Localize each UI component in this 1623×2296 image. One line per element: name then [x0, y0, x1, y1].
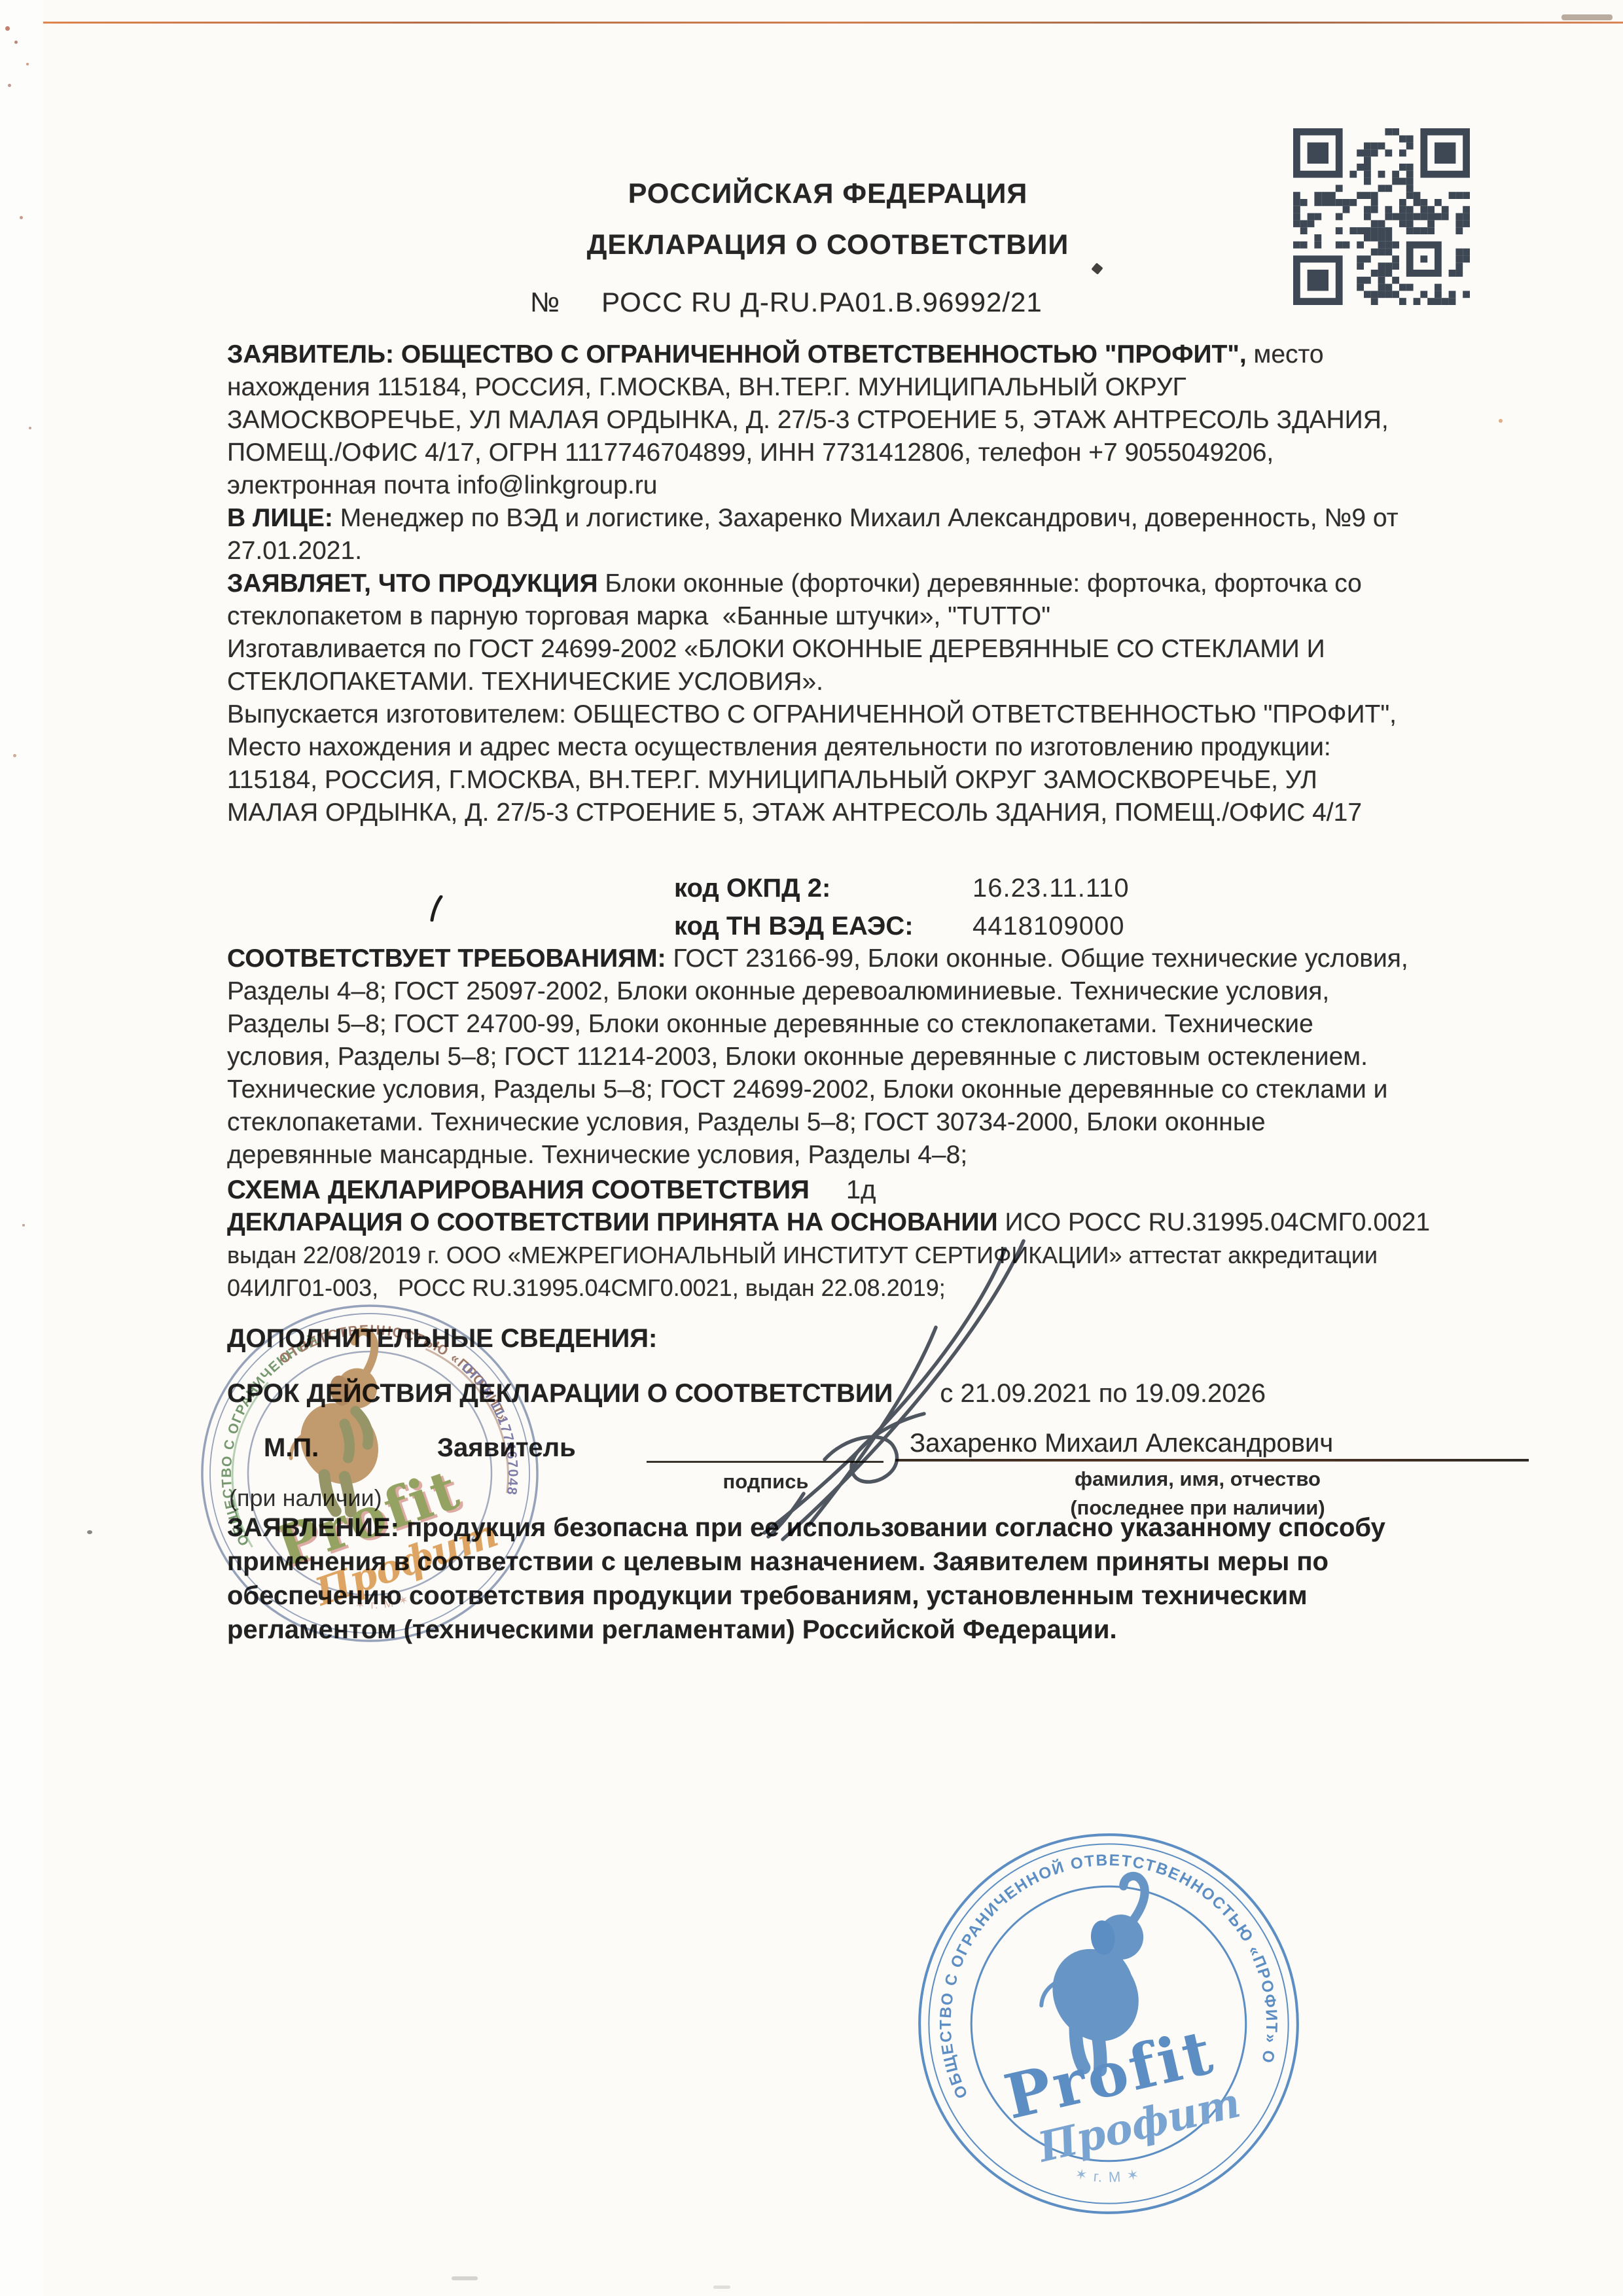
text-line: условия, Разделы 5–8; ГОСТ 11214-2003, Б… [227, 1041, 1526, 1073]
scan-speckle [29, 427, 31, 429]
scan-speckle [87, 1530, 92, 1534]
scan-speckle [452, 2276, 478, 2280]
text-line: нахождения 115184, РОССИЯ, Г.МОСКВА, ВН.… [227, 371, 1526, 404]
text-line: СТЕКЛОПАКЕТАМИ. ТЕХНИЧЕСКИЕ УСЛОВИЯ». [227, 666, 1526, 698]
text-line: деревянные мансардные. Технические услов… [227, 1139, 1526, 1172]
tnved-value: 4418109000 [972, 910, 1124, 942]
text-line: 115184, РОССИЯ, Г.МОСКВА, ВН.ТЕР.Г. МУНИ… [227, 764, 1526, 797]
declaration-scheme-row: СХЕМА ДЕКЛАРИРОВАНИЯ СООТВЕТСТВИЯ1д [227, 1174, 876, 1206]
number-value: РОСС RU Д-RU.РА01.В.96992/21 [601, 287, 1043, 317]
tnved-code-row: код ТН ВЭД ЕАЭС: 4418109000 [674, 910, 914, 942]
text-line: ЗАЯВЛЯЕТ, ЧТО ПРОДУКЦИЯ Блоки оконные (ф… [227, 567, 1526, 600]
declaration-number: №РОСС RU Д-RU.РА01.В.96992/21 [530, 287, 1043, 318]
stamp-bottom-text: ✶ г. М ✶ [1072, 2159, 1141, 2190]
pen-mark [429, 895, 444, 922]
declaration-document-page: РОССИЙСКАЯ ФЕДЕРАЦИЯ ДЕКЛАРАЦИЯ О СООТВЕ… [0, 0, 1623, 2296]
svg-text:✶ г. М ✶: ✶ г. М ✶ [1072, 2159, 1141, 2190]
scan-speckle [713, 2286, 730, 2289]
qr-code [1293, 128, 1470, 305]
scan-speckle [26, 63, 29, 65]
text-line: ПОМЕЩ./ОФИС 4/17, ОГРН 1117746704899, ИН… [227, 437, 1526, 469]
scan-speckle [8, 84, 11, 87]
company-stamp-bottom: ОБЩЕСТВО С ОГРАНИЧЕННОЙ ОТВЕТСТВЕННОСТЬЮ… [890, 1805, 1327, 2242]
name-caption-1: фамилия, имя, отчество [1027, 1467, 1368, 1491]
scheme-value: 1д [846, 1175, 876, 1204]
document-title: ДЕКЛАРАЦИЯ О СООТВЕТСТВИИ [26, 229, 1623, 261]
handwritten-signature [628, 1229, 1060, 1570]
scan-speckle [5, 26, 10, 31]
scan-speckle [14, 41, 18, 44]
ink-blot [1091, 262, 1103, 274]
scan-corner-smudge [1561, 14, 1613, 20]
text-line: МАЛАЯ ОРДЫНКА, Д. 27/5-3 СТРОЕНИЕ 5, ЭТА… [227, 797, 1526, 829]
text-line: электронная почта info@linkgroup.ru [227, 469, 1526, 502]
number-sign: № [530, 287, 560, 317]
scheme-label: СХЕМА ДЕКЛАРИРОВАНИЯ СООТВЕТСТВИЯ [227, 1175, 810, 1204]
text-line: стеклопакетами. Технические условия, Раз… [227, 1106, 1526, 1139]
text-line: В ЛИЦЕ: Менеджер по ВЭД и логистике, Зах… [227, 502, 1526, 535]
scan-edge-artifact-line [43, 22, 1623, 24]
text-line: Выпускается изготовителем: ОБЩЕСТВО С ОГ… [227, 698, 1526, 731]
text-line: 27.01.2021. [227, 535, 1526, 567]
text-line: Место нахождения и адрес места осуществл… [227, 731, 1526, 764]
scan-left-margin [0, 0, 43, 2296]
okpd-value: 16.23.11.110 [972, 872, 1130, 905]
text-line: Разделы 4–8; ГОСТ 25097-2002, Блоки окон… [227, 975, 1526, 1008]
country-title: РОССИЙСКАЯ ФЕДЕРАЦИЯ [26, 178, 1623, 210]
text-line: Изготавливается по ГОСТ 24699-2002 «БЛОК… [227, 633, 1526, 666]
scan-speckle [20, 216, 23, 219]
okpd-code-row: код ОКПД 2: 16.23.11.110 [674, 872, 830, 905]
applicant-paragraph: ЗАЯВИТЕЛЬ: ОБЩЕСТВО С ОГРАНИЧЕННОЙ ОТВЕТ… [227, 338, 1526, 829]
scan-speckle [13, 754, 16, 757]
company-stamp-left: ОБЩЕСТВО С ОГРАНИЧЕННОЙ ОТВЕТСТВЕННОСТЬЮ… [158, 1261, 582, 1685]
text-line: ЗАМОСКВОРЕЧЬЕ, УЛ МАЛАЯ ОРДЫНКА, Д. 27/5… [227, 404, 1526, 437]
text-line: ЗАЯВИТЕЛЬ: ОБЩЕСТВО С ОГРАНИЧЕННОЙ ОТВЕТ… [227, 338, 1526, 371]
text-line: СООТВЕТСТВУЕТ ТРЕБОВАНИЯМ: ГОСТ 23166-99… [227, 942, 1526, 975]
requirements-paragraph: СООТВЕТСТВУЕТ ТРЕБОВАНИЯМ: ГОСТ 23166-99… [227, 942, 1526, 1172]
tnved-label: код ТН ВЭД ЕАЭС: [674, 912, 914, 941]
okpd-label: код ОКПД 2: [674, 874, 830, 903]
scan-speckle [22, 1224, 25, 1227]
scan-speckle [1499, 419, 1503, 423]
text-line: Разделы 5–8; ГОСТ 24700-99, Блоки оконны… [227, 1008, 1526, 1041]
text-line: Технические условия, Разделы 5–8; ГОСТ 2… [227, 1073, 1526, 1106]
text-line: стеклопакетом в парную торговая марка «Б… [227, 600, 1526, 633]
